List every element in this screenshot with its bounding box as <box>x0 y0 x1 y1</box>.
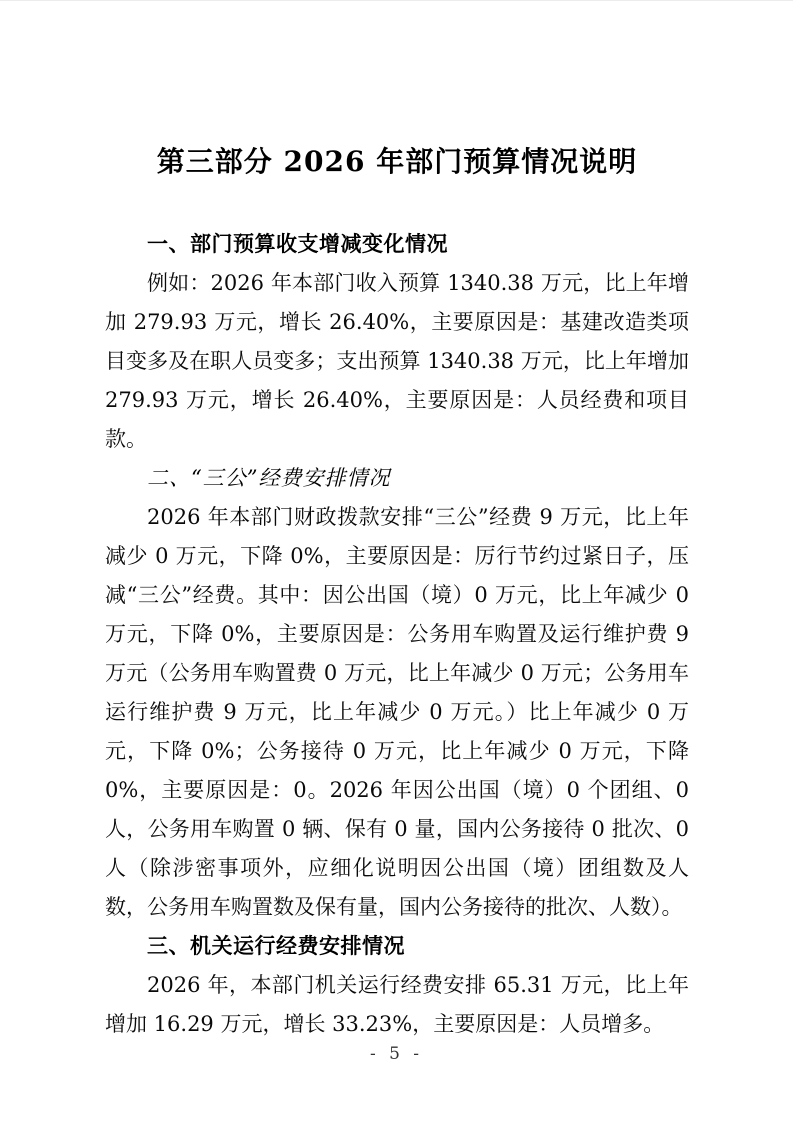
page-title: 第三部分 2026 年部门预算情况说明 <box>105 142 689 182</box>
paragraph-budget-changes: 例如：2026 年本部门收入预算 1340.38 万元，比上年增加 279.93… <box>105 264 689 459</box>
section-heading-operating-expenses: 三、机关运行经费安排情况 <box>105 927 689 966</box>
page-number: - 5 - <box>0 1044 793 1064</box>
document-body: 第三部分 2026 年部门预算情况说明 一、部门预算收支增减变化情况 例如：20… <box>105 142 689 1044</box>
paragraph-operating-expenses: 2026 年，本部门机关运行经费安排 65.31 万元，比上年增加 16.29 … <box>105 966 689 1044</box>
paragraph-three-public-expenses: 2026 年本部门财政拨款安排“三公”经费 9 万元，比上年减少 0 万元，下降… <box>105 498 689 927</box>
section-heading-three-public-expenses: 二、“三公”经费安排情况 <box>105 459 689 498</box>
document-page: 第三部分 2026 年部门预算情况说明 一、部门预算收支增减变化情况 例如：20… <box>0 0 793 1122</box>
section-heading-budget-changes: 一、部门预算收支增减变化情况 <box>105 225 689 264</box>
